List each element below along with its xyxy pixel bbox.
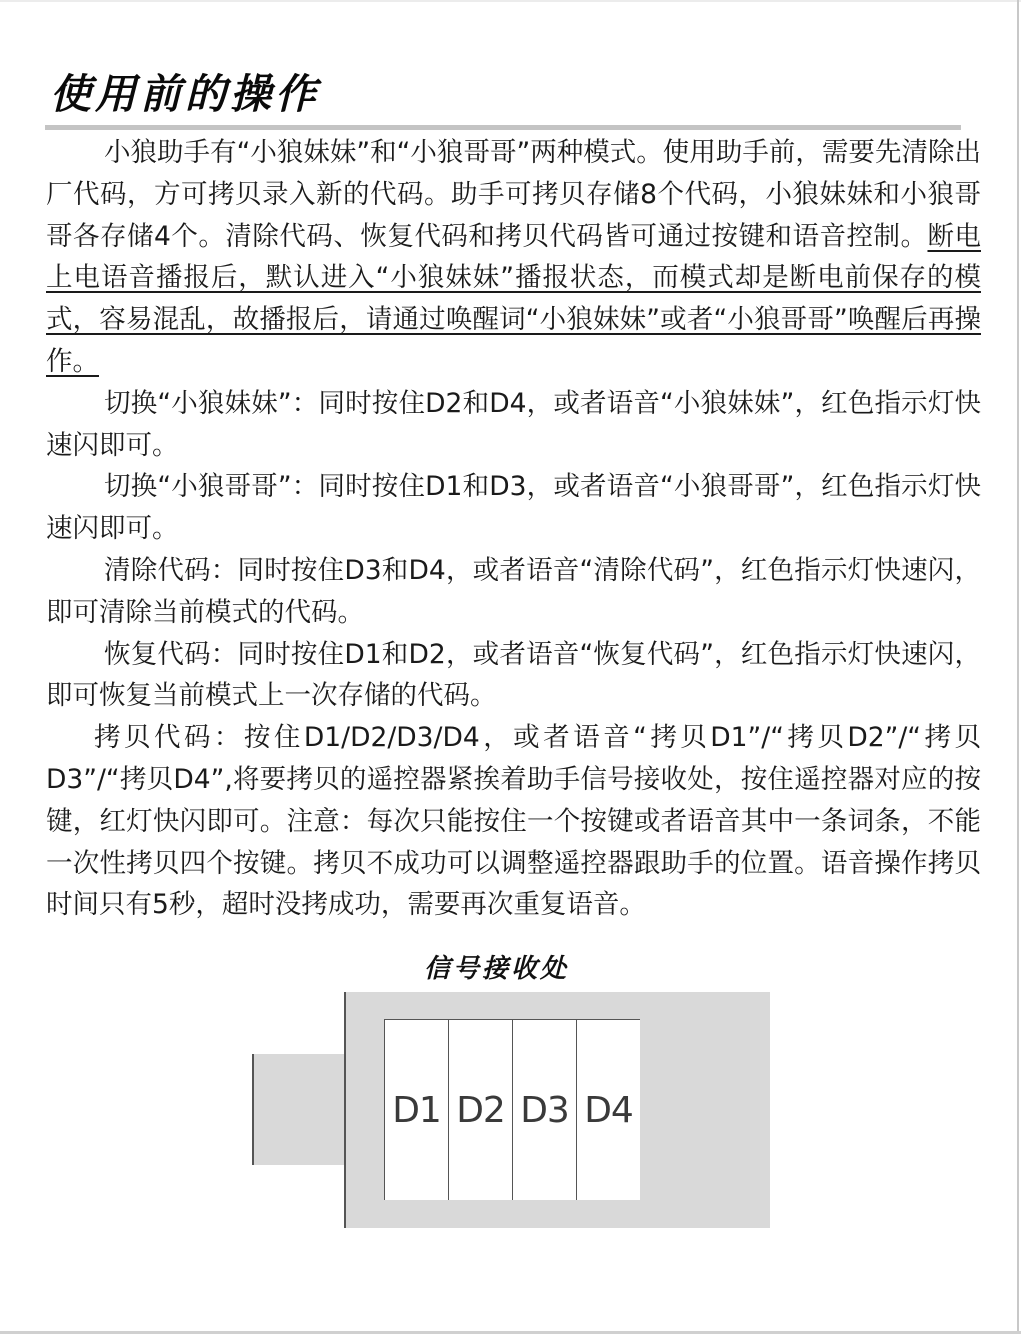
instructions-body: 小狼助手有“小狼妹妹”和“小狼哥哥”两种模式。使用助手前，需要先清除出厂代码，方…: [46, 132, 981, 926]
page-border-right: [1017, 0, 1019, 1333]
copy-code-paragraph: 拷贝代码：按住D1/D2/D3/D4，或者语音“拷贝D1”/“拷贝D2”/“拷贝…: [46, 717, 981, 926]
key-d2: D2: [449, 1020, 513, 1200]
clear-code-paragraph: 清除代码：同时按住D3和D4，或者语音“清除代码”，红色指示灯快速闪，即可清除当…: [46, 550, 981, 634]
switch-brother-paragraph: 切换“小狼哥哥”：同时按住D1和D3，或者语音“小狼哥哥”，红色指示灯快速闪即可…: [46, 466, 981, 550]
key-d1: D1: [385, 1020, 449, 1200]
switch-sister-paragraph: 切换“小狼妹妹”：同时按住D2和D4，或者语音“小狼妹妹”，红色指示灯快速闪即可…: [46, 383, 981, 467]
device-signal-receiver-tab: [252, 1054, 346, 1165]
page-border-bottom: [0, 1331, 1021, 1334]
intro-paragraph: 小狼助手有“小狼妹妹”和“小狼哥哥”两种模式。使用助手前，需要先清除出厂代码，方…: [46, 132, 981, 383]
key-d4: D4: [577, 1020, 640, 1200]
page-title: 使用前的操作: [50, 66, 320, 122]
title-divider: [45, 125, 961, 130]
signal-receiver-label: 信号接收处: [424, 948, 569, 985]
page-border-top: [0, 0, 1021, 2]
device-button-panel: D1 D2 D3 D4: [384, 1019, 640, 1200]
key-d3: D3: [513, 1020, 577, 1200]
intro-text: 小狼助手有“小狼妹妹”和“小狼哥哥”两种模式。使用助手前，需要先清除出厂代码，方…: [46, 137, 981, 252]
restore-code-paragraph: 恢复代码：同时按住D1和D2，或者语音“恢复代码”，红色指示灯快速闪，即可恢复当…: [46, 634, 981, 718]
